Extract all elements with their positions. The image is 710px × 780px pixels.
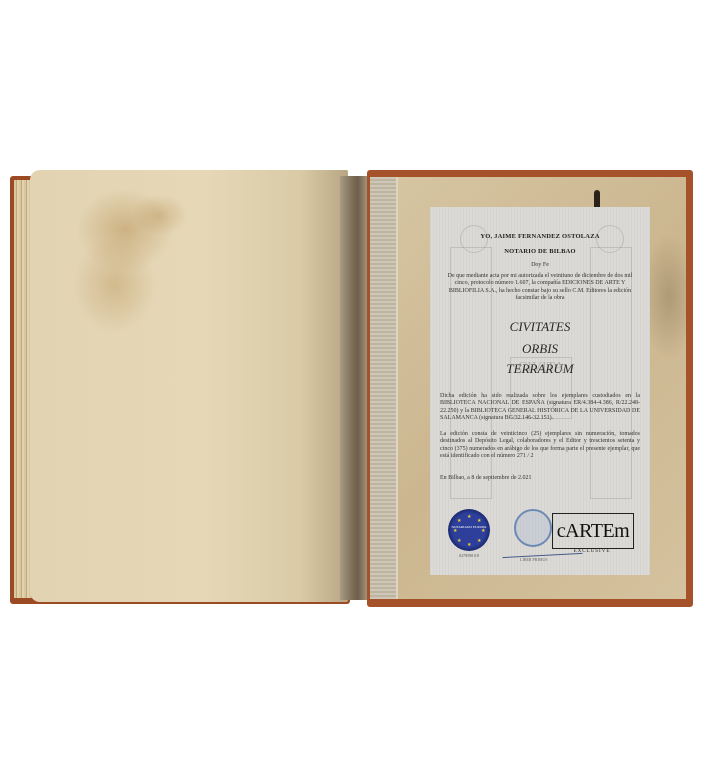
seal-eu-text: NOTARIADO EUROPA [448, 525, 490, 529]
logo-text: cARTEm [553, 514, 633, 548]
doy-fe: Doy Fe [430, 262, 650, 270]
paragraph-2: Dicha edición ha sido realizada sobre lo… [430, 393, 650, 423]
paragraph-3: La edición consta de veinticinco (25) ej… [440, 431, 640, 460]
copy-number: 271 / 2 [517, 453, 534, 459]
work-title-3: TERRARUM [430, 361, 650, 377]
work-title-2: ORBIS [430, 341, 650, 357]
notarial-certificate: CIVITA YO, JAIME FERNANDEZ OSTOLAZA NOTA… [430, 207, 650, 575]
cartem-logo: cARTEm [552, 513, 634, 549]
hinge-cloth [370, 177, 398, 599]
eu-notary-seal: ★ ★ ★ ★ ★ ★ ★ ★ NOTARIADO EUROPA [448, 509, 490, 551]
work-title-1: CIVITATES [430, 319, 650, 335]
paragraph-1: De que mediante acta por mi autorizada e… [430, 273, 650, 303]
notary-name: YO, JAIME FERNANDEZ OSTOLAZA [430, 233, 650, 240]
signature-caption: LIBER PRIMUS [520, 557, 547, 562]
notary-title: NOTARIO DE BILBAO [430, 248, 650, 255]
place-date: En Bilbao, a 8 de septiembre de 2.021 [430, 475, 650, 483]
book-gutter [340, 176, 370, 600]
logo-subtitle: EXCLUSIVE [552, 549, 632, 554]
blank-left-page [30, 170, 348, 602]
seal-serial: 0278590118 [444, 553, 494, 558]
